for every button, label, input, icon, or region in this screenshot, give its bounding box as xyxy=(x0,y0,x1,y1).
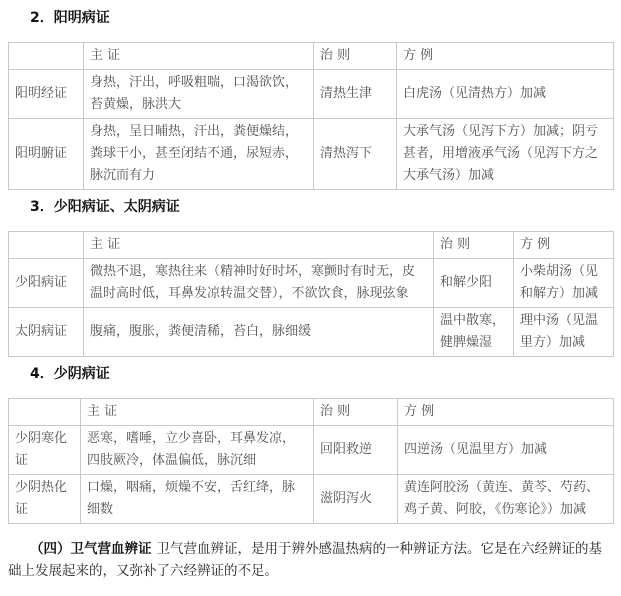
formula-cell: 黄连阿胶汤（黄连、黄芩、芍药、鸡子黄、阿胶，《伤寒论》）加减 xyxy=(398,475,614,524)
treatment-cell: 滋阴泻火 xyxy=(314,475,398,524)
corner-header-cell xyxy=(9,399,81,426)
formula-header-cell: 方 例 xyxy=(398,399,614,426)
formula-header-cell: 方 例 xyxy=(397,43,614,70)
syndrome-name-cell: 少阴寒化证 xyxy=(9,426,81,475)
shaoyin-table: 主 证 治 则 方 例 少阴寒化证 恶寒，嗜唾，立少喜卧，耳鼻发凉，四肢厥冷，体… xyxy=(8,398,614,524)
table-header-row: 主 证 治 则 方 例 xyxy=(9,399,614,426)
formula-header-cell: 方 例 xyxy=(514,232,614,259)
treatment-cell: 清热生津 xyxy=(314,70,397,119)
formula-cell: 小柴胡汤（见和解方）加减 xyxy=(514,259,614,308)
symptoms-cell: 口燥，咽痛，烦燥不安，舌红绛，脉细数 xyxy=(81,475,314,524)
table-row: 少阴寒化证 恶寒，嗜唾，立少喜卧，耳鼻发凉，四肢厥冷，体温偏低，脉沉细 回阳救逆… xyxy=(9,426,614,475)
yangming-table: 主 证 治 则 方 例 阳明经证 身热，汗出，呼吸粗喘，口渴欲饮，苔黄燥，脉洪大… xyxy=(8,42,614,190)
symptoms-cell: 腹痛，腹胀，粪便清稀，苔白，脉细缓 xyxy=(84,308,434,357)
footer-paragraph-lead: （四）卫气营血辨证 xyxy=(30,541,152,557)
formula-cell: 大承气汤（见泻下方）加减；阴亏甚者，用增液承气汤（见泻下方之大承气汤）加减 xyxy=(397,119,614,190)
symptoms-header-cell: 主 证 xyxy=(81,399,314,426)
section-heading-shaoyin: 4．少阴病证 xyxy=(30,366,613,383)
shaoyang-taiyin-table: 主 证 治 则 方 例 少阳病证 微热不退，寒热往来（精神时好时坏，寒颤时有时无… xyxy=(8,231,614,357)
symptoms-cell: 身热，呈日晡热，汗出，粪便燥结，粪球干小，甚至闭结不通，尿短赤，脉沉而有力 xyxy=(84,119,314,190)
corner-header-cell xyxy=(9,232,84,259)
symptoms-header-cell: 主 证 xyxy=(84,43,314,70)
syndrome-name-cell: 少阳病证 xyxy=(9,259,84,308)
table-row: 阳明经证 身热，汗出，呼吸粗喘，口渴欲饮，苔黄燥，脉洪大 清热生津 白虎汤（见清… xyxy=(9,70,614,119)
treatment-header-cell: 治 则 xyxy=(314,43,397,70)
formula-cell: 四逆汤（见温里方）加减 xyxy=(398,426,614,475)
syndrome-name-cell: 阳明腑证 xyxy=(9,119,84,190)
symptoms-header-cell: 主 证 xyxy=(84,232,434,259)
table-row: 少阴热化证 口燥，咽痛，烦燥不安，舌红绛，脉细数 滋阴泻火 黄连阿胶汤（黄连、黄… xyxy=(9,475,614,524)
syndrome-name-cell: 太阴病证 xyxy=(9,308,84,357)
treatment-cell: 回阳救逆 xyxy=(314,426,398,475)
table-header-row: 主 证 治 则 方 例 xyxy=(9,232,614,259)
table-header-row: 主 证 治 则 方 例 xyxy=(9,43,614,70)
formula-cell: 白虎汤（见清热方）加减 xyxy=(397,70,614,119)
footer-paragraph: （四）卫气营血辨证卫气营血辨证，是用于辨外感温热病的一种辨证方法。它是在六经辨证… xyxy=(8,538,613,582)
formula-cell: 理中汤（见温里方）加减 xyxy=(514,308,614,357)
syndrome-name-cell: 阳明经证 xyxy=(9,70,84,119)
treatment-cell: 清热泻下 xyxy=(314,119,397,190)
section-heading-shaoyang-taiyin: 3．少阳病证、太阴病证 xyxy=(30,199,613,216)
table-row: 阳明腑证 身热，呈日晡热，汗出，粪便燥结，粪球干小，甚至闭结不通，尿短赤，脉沉而… xyxy=(9,119,614,190)
treatment-cell: 温中散寒，健脾燥湿 xyxy=(434,308,514,357)
symptoms-cell: 身热，汗出，呼吸粗喘，口渴欲饮，苔黄燥，脉洪大 xyxy=(84,70,314,119)
symptoms-cell: 微热不退，寒热往来（精神时好时坏，寒颤时有时无，皮温时高时低，耳鼻发凉转温交替）… xyxy=(84,259,434,308)
table-row: 少阳病证 微热不退，寒热往来（精神时好时坏，寒颤时有时无，皮温时高时低，耳鼻发凉… xyxy=(9,259,614,308)
symptoms-cell: 恶寒，嗜唾，立少喜卧，耳鼻发凉，四肢厥冷，体温偏低，脉沉细 xyxy=(81,426,314,475)
treatment-cell: 和解少阳 xyxy=(434,259,514,308)
treatment-header-cell: 治 则 xyxy=(434,232,514,259)
table-row: 太阴病证 腹痛，腹胀，粪便清稀，苔白，脉细缓 温中散寒，健脾燥湿 理中汤（见温里… xyxy=(9,308,614,357)
syndrome-name-cell: 少阴热化证 xyxy=(9,475,81,524)
section-heading-yangming: 2．阳明病证 xyxy=(30,10,613,27)
document-page: 2．阳明病证 主 证 治 则 方 例 阳明经证 身热，汗出，呼吸粗喘，口渴欲饮，… xyxy=(0,0,621,582)
treatment-header-cell: 治 则 xyxy=(314,399,398,426)
corner-header-cell xyxy=(9,43,84,70)
